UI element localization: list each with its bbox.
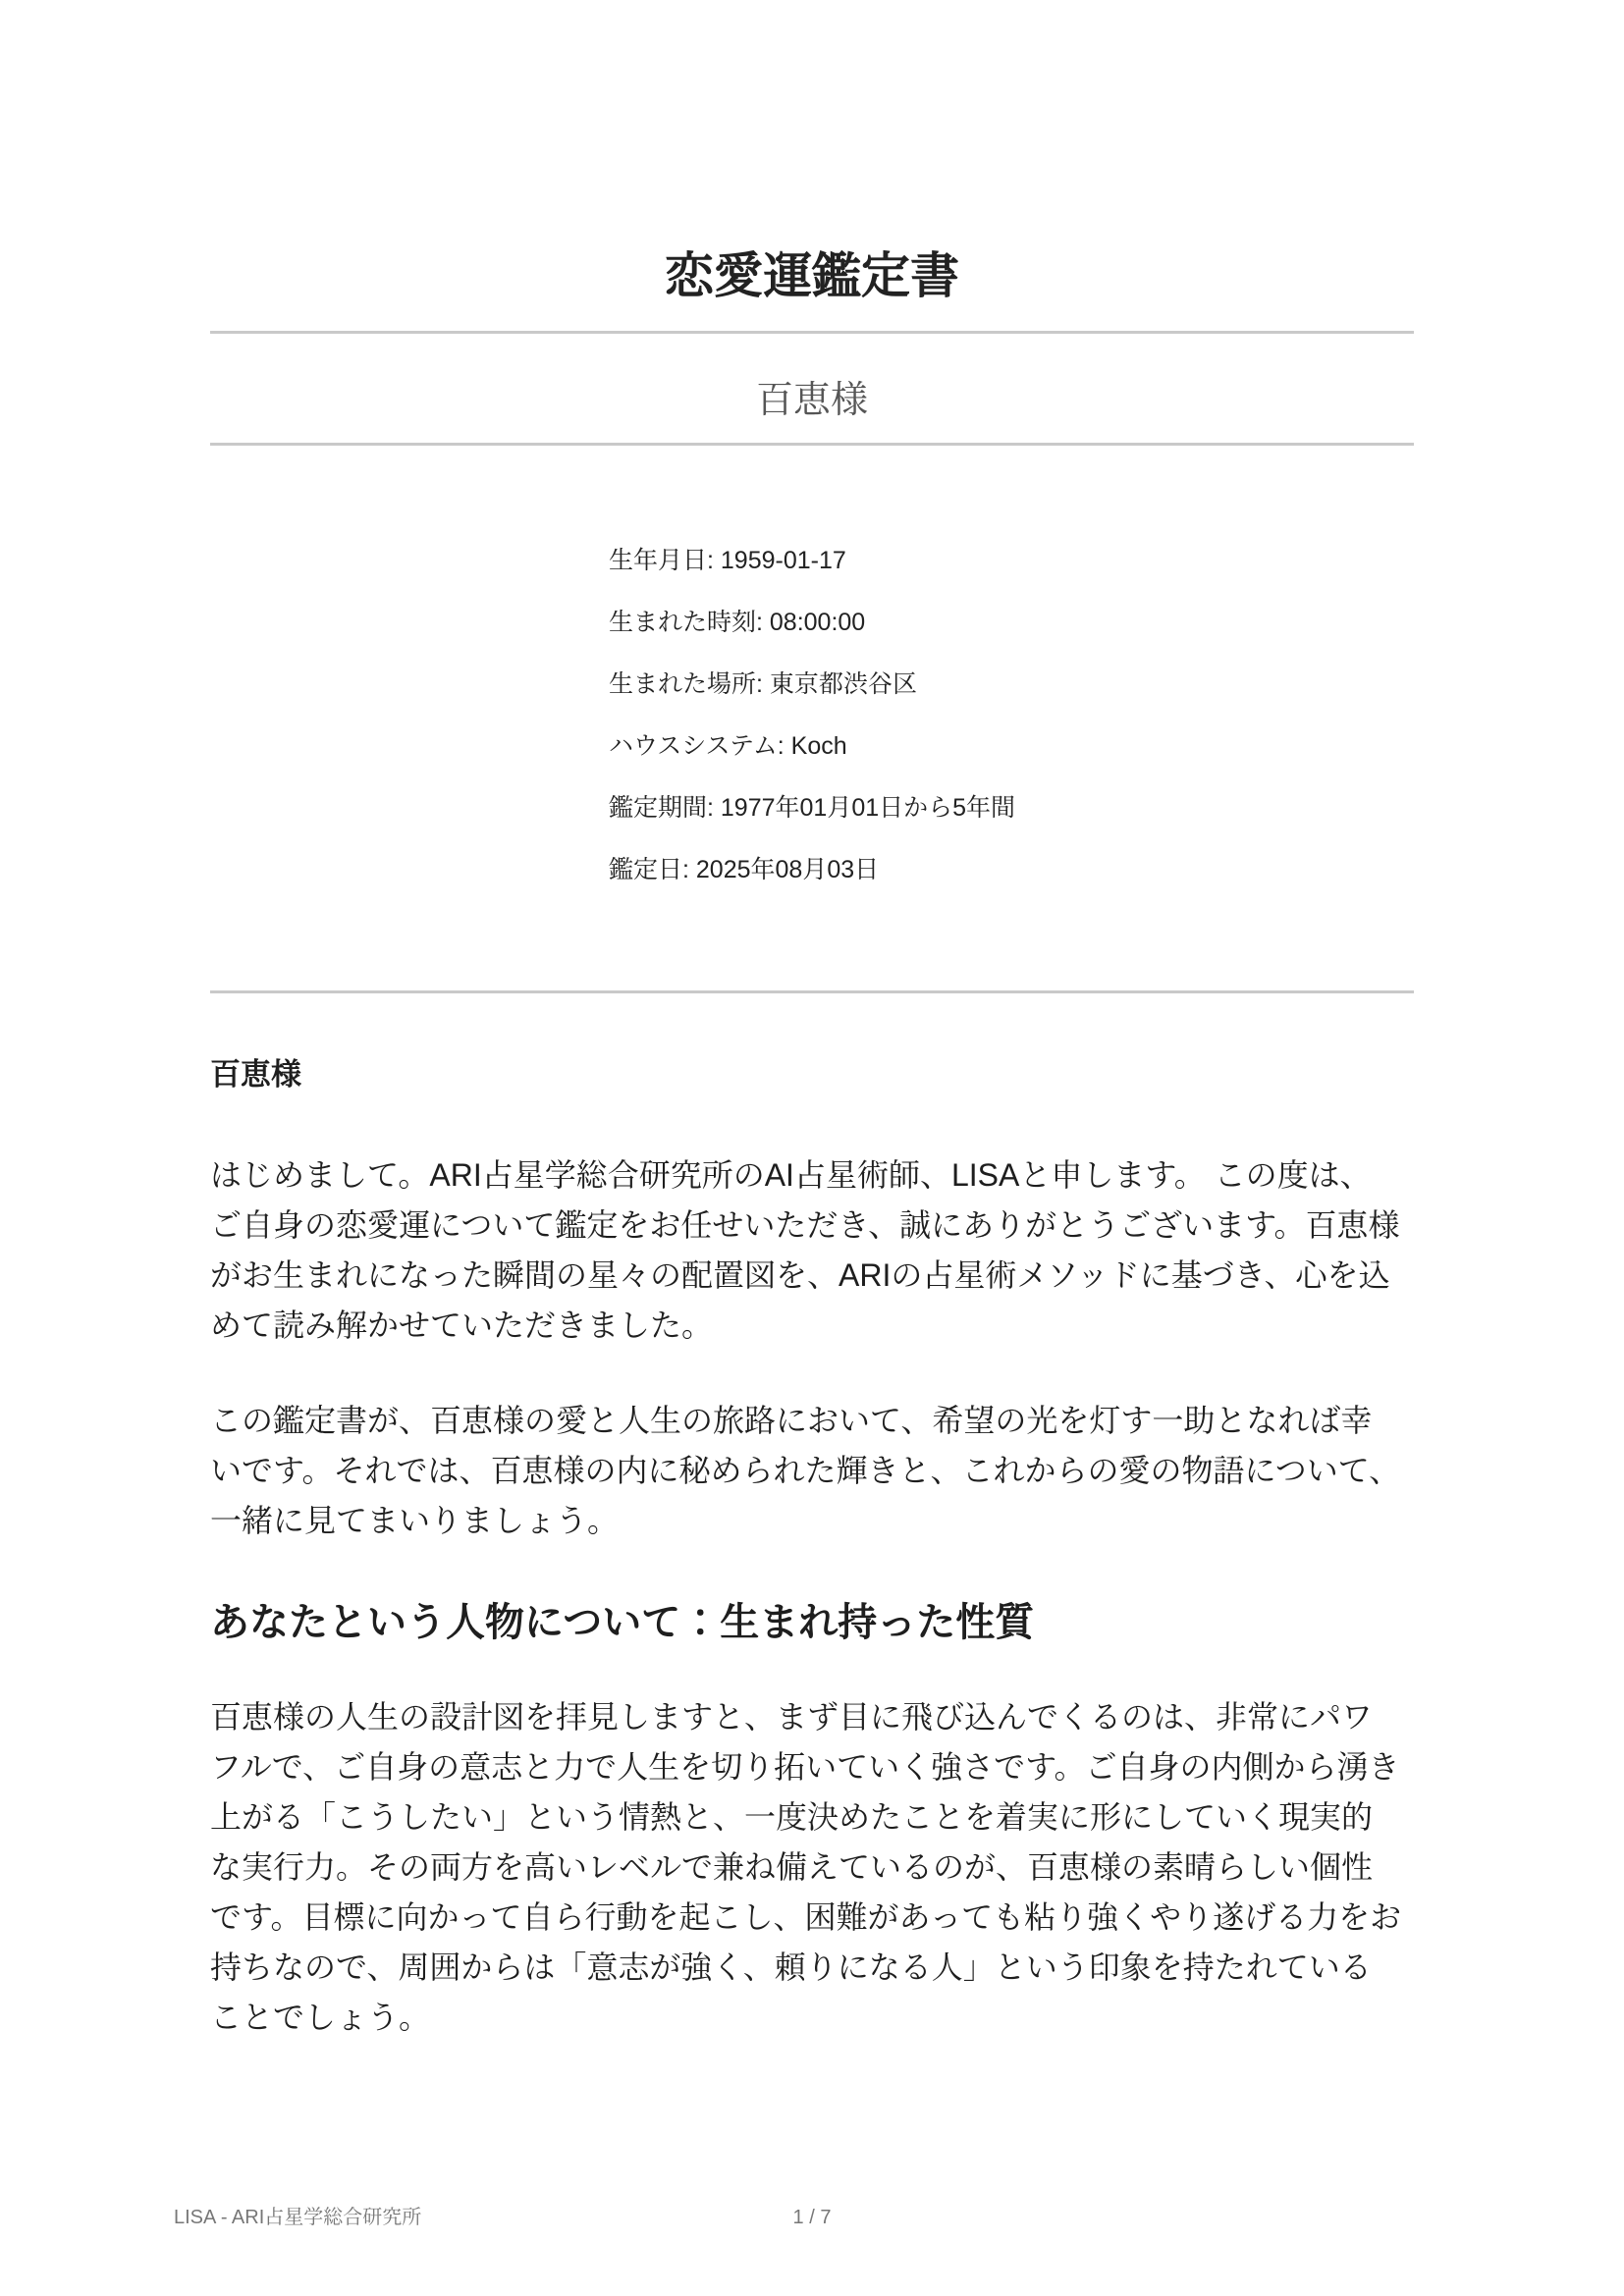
metadata-list: 生年月日: 1959-01-17 生まれた時刻: 08:00:00 生まれた場所… [609, 530, 1015, 901]
metadata-separator: : [778, 732, 791, 760]
metadata-block: 生年月日: 1959-01-17 生まれた時刻: 08:00:00 生まれた場所… [210, 530, 1414, 901]
client-name: 百恵様 [210, 377, 1414, 424]
section-heading: あなたという人物について：生まれ持った性質 [210, 1598, 1414, 1647]
metadata-separator: : [756, 670, 770, 698]
metadata-value: Koch [791, 732, 847, 760]
metadata-row-house-system: ハウスシステム: Koch [609, 716, 1015, 777]
metadata-value: 東京都渋谷区 [770, 670, 917, 698]
metadata-separator: : [707, 547, 721, 574]
divider-middle [210, 443, 1414, 446]
intro-paragraph-2: この鑑定書が、百恵様の愛と人生の旅路において、希望の光を灯す一助となれば幸いです… [210, 1396, 1402, 1546]
greeting-name: 百恵様 [210, 1056, 301, 1094]
metadata-value: 08:00:00 [770, 609, 865, 636]
intro-paragraph-1: はじめまして。ARI占星学総合研究所のAI占星術師、LISAと申します。 この度… [210, 1150, 1402, 1351]
metadata-label: 生まれた場所 [609, 670, 756, 698]
metadata-separator: : [756, 609, 770, 636]
document-title: 恋愛運鑑定書 [210, 245, 1414, 306]
section-paragraph: 百恵様の人生の設計図を拝見しますと、まず目に飛び込んでくるのは、非常にパワフルで… [210, 1692, 1402, 2043]
metadata-separator: : [682, 856, 696, 883]
metadata-label: 鑑定期間 [609, 794, 707, 822]
metadata-value: 2025年08月03日 [696, 856, 879, 883]
metadata-value: 1977年01月01日から5年間 [721, 794, 1015, 822]
metadata-row-reading-period: 鑑定期間: 1977年01月01日から5年間 [609, 777, 1015, 839]
metadata-row-reading-date: 鑑定日: 2025年08月03日 [609, 839, 1015, 901]
metadata-label: 生まれた時刻 [609, 609, 756, 636]
metadata-row-birthtime: 生まれた時刻: 08:00:00 [609, 592, 1015, 654]
document-page: 恋愛運鑑定書 百恵様 生年月日: 1959-01-17 生まれた時刻: 08:0… [0, 0, 1624, 2296]
page-footer: LISA - ARI占星学総合研究所 1 / 7 [0, 2202, 1624, 2235]
footer-page-indicator: 1 / 7 [0, 2202, 1624, 2233]
metadata-row-birthplace: 生まれた場所: 東京都渋谷区 [609, 654, 1015, 716]
divider-top [210, 331, 1414, 334]
metadata-value: 1959-01-17 [721, 547, 846, 574]
metadata-separator: : [707, 794, 721, 822]
metadata-row-birthdate: 生年月日: 1959-01-17 [609, 530, 1015, 592]
metadata-label: ハウスシステム [609, 732, 778, 760]
metadata-label: 鑑定日 [609, 856, 682, 883]
metadata-label: 生年月日 [609, 547, 707, 574]
divider-metadata-bottom [210, 990, 1414, 993]
